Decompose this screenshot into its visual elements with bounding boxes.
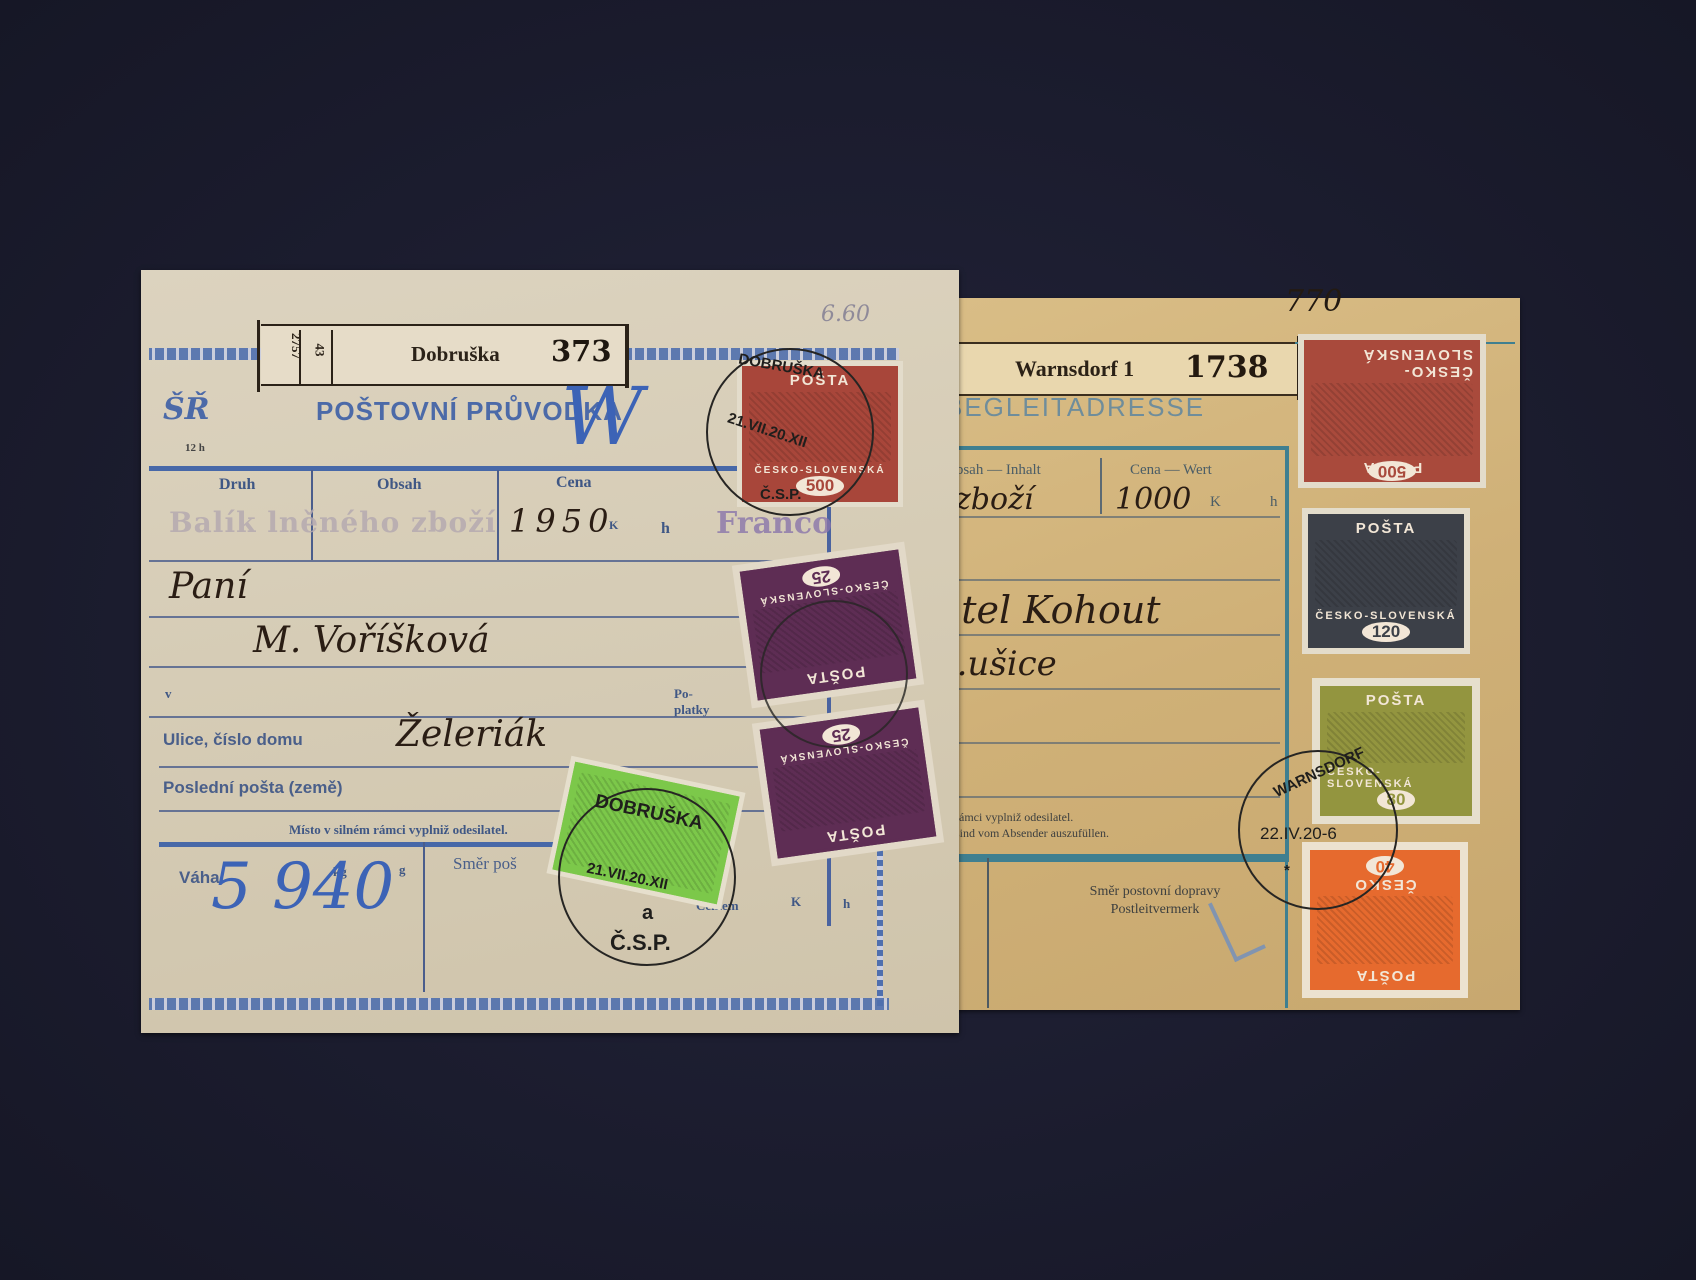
label-code1: 2757	[288, 333, 304, 359]
unit-h: h	[661, 520, 670, 538]
label-town: Dobruška	[411, 342, 500, 367]
strip-sep	[299, 330, 301, 384]
csr-logo: ŠŘ	[163, 392, 210, 427]
bottom-vline	[987, 858, 989, 1008]
label-number: 373	[551, 334, 612, 368]
row-line	[955, 688, 1280, 690]
row-line	[955, 579, 1280, 581]
unit-k: K	[609, 518, 618, 533]
pencil-note: 6.60	[821, 302, 870, 327]
salutation: Paní	[169, 566, 248, 607]
ornament-border-bottom	[149, 998, 889, 1010]
label-strip: Warnsdorf 1 1738	[955, 342, 1300, 396]
unit-g: g	[399, 862, 406, 878]
label-fees: Po- platky	[674, 686, 709, 718]
label-code2: 43	[312, 344, 328, 357]
label-last-post: Poslední pošta (země)	[163, 778, 342, 798]
pencil-note: 770	[1285, 284, 1342, 319]
header-content: Obsah	[377, 476, 421, 494]
col-divider	[497, 470, 499, 560]
label-street: Ulice, číslo domu	[163, 730, 303, 750]
right-vline	[1285, 446, 1288, 1008]
sender-note: Místo v silném rámci vyplniž odesilatel.	[289, 822, 508, 838]
label-v: v	[165, 686, 172, 702]
row-line	[149, 616, 829, 618]
addressee-name: M. Voříšková	[253, 620, 490, 661]
stamped-content: Balík lněného zboží	[169, 506, 497, 539]
postmark-dobruska-bottom: DOBRUŠKA 21.VII.20.XII a Č.S.P.	[558, 788, 736, 966]
price-handwritten: 1950	[509, 502, 614, 540]
label-town: Warnsdorf 1	[1015, 356, 1134, 382]
thick-rule	[955, 854, 1285, 858]
row-line	[955, 742, 1280, 744]
blue-check-mark	[1208, 890, 1266, 962]
strip-sep	[331, 330, 333, 384]
header-value: Cena — Wert	[1130, 462, 1212, 479]
unit-h: h	[1270, 494, 1278, 511]
stamp-120-grey: POŠTA ČESKO-SLOVENSKÁ 120	[1308, 514, 1464, 648]
sender-note-de: sind vom Absender auszufüllen.	[955, 826, 1109, 841]
postmark-dobruska-top: DOBRUŠKA 21.VII.20.XII Č.S.P.	[706, 348, 874, 516]
blue-scribble: W	[561, 370, 643, 463]
unit-k: K	[1210, 494, 1221, 511]
header-content: Obsah — Inhalt	[945, 462, 1041, 479]
header-type: Druh	[219, 476, 255, 494]
frame-bottom	[159, 842, 559, 847]
strip-bar	[257, 320, 260, 392]
addressee-line1: ...tel Kohout	[925, 588, 1161, 632]
column-divider	[1100, 458, 1102, 514]
price-note: 12 h	[185, 442, 205, 454]
strip-bar	[1297, 336, 1301, 400]
row-line	[955, 516, 1280, 518]
total-unit-h: h	[843, 896, 850, 912]
street-value: Želeriák	[396, 714, 547, 755]
header-price: Cena	[556, 474, 592, 492]
row-line	[955, 796, 1280, 798]
content-handwritten: zboží	[955, 482, 1033, 517]
value-handwritten: 1000	[1115, 482, 1191, 517]
label-direction: Směr poš	[453, 854, 517, 874]
postmark-dobruska-middle	[760, 600, 908, 748]
sender-note-cz: rámci vyplniž odesilatel.	[955, 810, 1073, 825]
ornament-right	[877, 850, 883, 1010]
label-number: 1738	[1185, 350, 1269, 385]
weight-divider	[423, 842, 425, 992]
weight-value: 5 940	[211, 850, 394, 924]
total-unit-k: K	[791, 894, 801, 910]
row-line	[149, 560, 829, 562]
card-title: BEGLEITADRESSE	[945, 392, 1205, 423]
row-line	[955, 634, 1280, 636]
postmark-warnsdorf: WARNSDORF 22.IV.20-6 *	[1238, 750, 1398, 910]
stamp-500-red: POŠTA ČESKO-SLOVENSKÁ 500	[1304, 340, 1480, 482]
row-line	[159, 766, 829, 768]
row-line	[149, 666, 829, 668]
